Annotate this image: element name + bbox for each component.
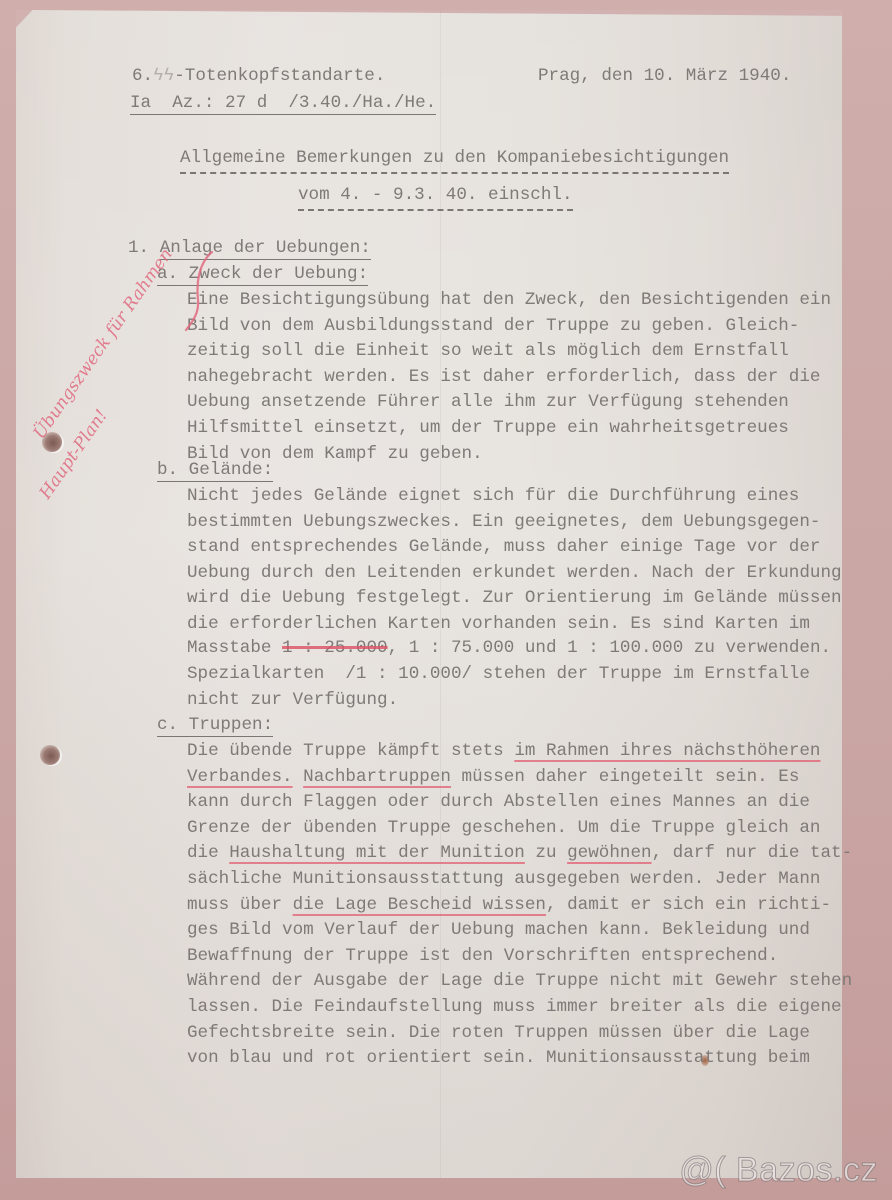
text-run — [293, 767, 304, 787]
text-run: , darf nur die tat- — [652, 843, 853, 863]
subsection-c-heading: c. Truppen: — [157, 713, 273, 739]
section-1-heading: 1. Anlage der Uebungen: — [128, 236, 371, 262]
body-line: Nicht jedes Gelände eignet sich für die … — [187, 484, 799, 510]
body-line: nicht zur Verfügung. — [187, 688, 398, 714]
text-run: sächliche Munitionsausstattung ausgegebe… — [187, 869, 820, 889]
scale-suffix: , 1 : 75.000 und 1 : 100.000 zu verwende… — [388, 638, 831, 658]
body-line: Grenze der übenden Truppe geschehen. Um … — [187, 816, 820, 842]
struck-scale: 1 : 25.000 — [282, 638, 388, 658]
scale-line: Masstabe 1 : 25.000, 1 : 75.000 und 1 : … — [187, 636, 831, 662]
body-line: kann durch Flaggen oder durch Abstellen … — [187, 790, 810, 816]
body-line: Uebung durch den Leitenden erkundet werd… — [187, 561, 842, 587]
body-line: die Haushaltung mit der Munition zu gewö… — [187, 841, 852, 867]
body-line: Hilfsmittel einsetzt, um der Truppe ein … — [187, 416, 789, 442]
text-run: kann durch Flaggen oder durch Abstellen … — [187, 792, 810, 812]
section-number: 1. — [128, 238, 149, 258]
body-line: Bewaffnung der Truppe ist den Vorschrift… — [187, 944, 778, 970]
body-line: nahegebracht werden. Es ist daher erford… — [187, 365, 820, 391]
body-line: sächliche Munitionsausstattung ausgegebe… — [187, 867, 820, 893]
text-run: lassen. Die Feindaufstellung muss immer … — [187, 997, 842, 1017]
red-underlined-text: im Rahmen ihres nächsthöheren — [514, 741, 820, 761]
body-line: zeitig soll die Einheit so weit als mögl… — [187, 339, 789, 365]
unit-name: -Totenkopfstandarte. — [174, 66, 385, 86]
scale-prefix: Masstabe — [187, 638, 282, 658]
body-line: von blau und rot orientiert sein. Muniti… — [187, 1046, 810, 1072]
text-run: müssen daher eingeteilt sein. Es — [451, 767, 799, 787]
reference-line: Ia Az.: 27 d /3.40./Ha./He. — [130, 91, 436, 117]
subsection-label: b. Gelände: — [157, 460, 273, 482]
body-line: Gefechtsbreite sein. Die roten Truppen m… — [187, 1021, 810, 1047]
subsection-a-heading: a. Zweck der Uebung: — [157, 262, 368, 288]
title-line-2: vom 4. - 9.3. 40. einschl. — [298, 183, 573, 209]
body-line: Uebung ansetzende Führer alle ihm zur Ve… — [187, 390, 789, 416]
text-run: Gefechtsbreite sein. Die roten Truppen m… — [187, 1023, 810, 1043]
unit-prefix: 6. — [132, 66, 153, 86]
red-underlined-text: Nachbartruppen — [303, 767, 451, 787]
red-underlined-text: die Lage Bescheid wissen — [293, 895, 546, 915]
body-line: lassen. Die Feindaufstellung muss immer … — [187, 995, 842, 1021]
file-reference: Ia Az.: 27 d /3.40./Ha./He. — [130, 93, 436, 115]
body-line: wird die Uebung festgelegt. Zur Orientie… — [187, 586, 842, 612]
subsection-b-heading: b. Gelände: — [157, 458, 273, 484]
place-date: Prag, den 10. März 1940. — [538, 64, 791, 90]
red-underlined-text: Verbandes. — [187, 767, 293, 787]
section-title: Anlage der Uebungen: — [160, 238, 371, 260]
body-line: Verbandes. Nachbartruppen müssen daher e… — [187, 765, 799, 791]
body-line: Eine Besichtigungsübung hat den Zweck, d… — [187, 288, 831, 314]
title-line-1: Allgemeine Bemerkungen zu den Kompaniebe… — [180, 146, 729, 172]
body-line: stand entsprechendes Gelände, muss daher… — [187, 535, 820, 561]
text-run: Grenze der übenden Truppe geschehen. Um … — [187, 818, 820, 838]
body-line: Spezialkarten /1 : 10.000/ stehen der Tr… — [187, 662, 810, 688]
red-underlined-text: Haushaltung mit der Munition — [229, 843, 525, 863]
subsection-label: a. Zweck der Uebung: — [157, 264, 368, 286]
text-run: Während der Ausgabe der Lage die Truppe … — [187, 971, 852, 991]
title-date-range: vom 4. - 9.3. 40. einschl. — [298, 185, 573, 211]
punch-hole-top — [42, 432, 62, 452]
text-run: die — [187, 843, 229, 863]
body-line: bestimmten Uebungszweckes. Ein geeignete… — [187, 510, 820, 536]
text-run: , damit er sich ein richti- — [546, 895, 831, 915]
text-run: von blau und rot orientiert sein. Muniti… — [187, 1048, 810, 1068]
text-run: muss über — [187, 895, 293, 915]
text-run: Die übende Truppe kämpft stets — [187, 741, 514, 761]
unit-line: 6.ϟϟ-Totenkopfstandarte. — [132, 64, 385, 90]
punch-hole-bottom — [40, 745, 60, 765]
body-line: muss über die Lage Bescheid wissen, dami… — [187, 893, 831, 919]
watermark: @( Bazos.cz — [679, 1151, 878, 1190]
body-line: ges Bild vom Verlauf der Uebung machen k… — [187, 918, 810, 944]
subsection-label: c. Truppen: — [157, 715, 273, 737]
body-line: die erforderlichen Karten vorhanden sein… — [187, 612, 810, 638]
red-underlined-text: gewöhnen — [567, 843, 651, 863]
text-run: ges Bild vom Verlauf der Uebung machen k… — [187, 920, 810, 940]
body-line: Die übende Truppe kämpft stets im Rahmen… — [187, 739, 821, 765]
runes-glyph: ϟϟ — [153, 66, 174, 86]
text-run: zu — [525, 843, 567, 863]
body-line: Während der Ausgabe der Lage die Truppe … — [187, 969, 852, 995]
text-run: Bewaffnung der Truppe ist den Vorschrift… — [187, 946, 778, 966]
body-line: Bild von dem Ausbildungsstand der Truppe… — [187, 314, 799, 340]
title-main: Allgemeine Bemerkungen zu den Kompaniebe… — [180, 148, 729, 174]
